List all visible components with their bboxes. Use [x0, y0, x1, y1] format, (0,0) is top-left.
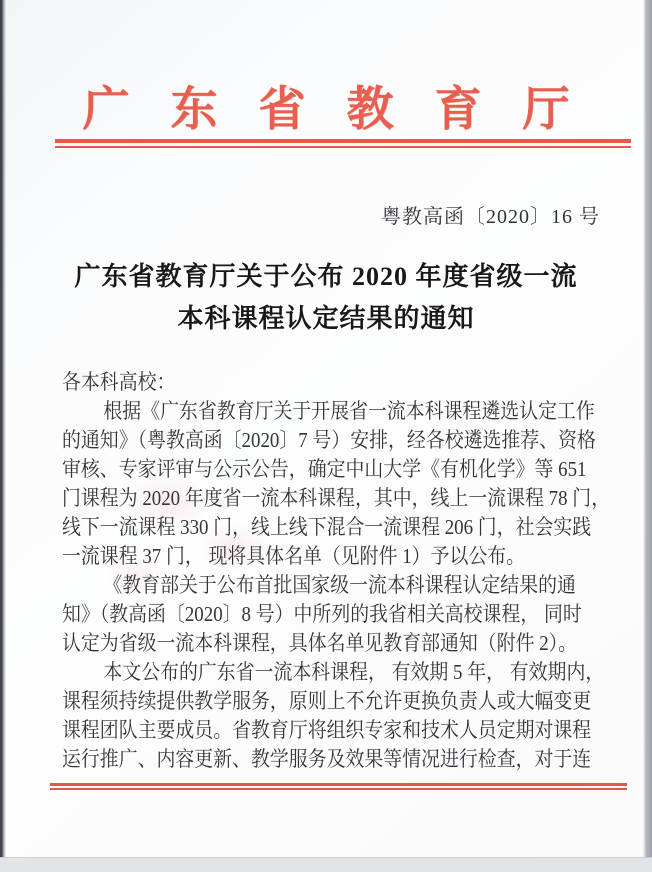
body-line: 认定为省级一流本科课程，具体名单见教育部通知（附件 2）。	[62, 629, 553, 658]
body-line: 课程团队主要成员。省教育厅将组织专家和技术人员定期对课程	[62, 716, 553, 745]
document-reference-number: 粤教高函〔2020〕16 号	[381, 200, 600, 229]
body-line: 门课程为 2020 年度省一流本科课程，其中，线上一流课程 78 门，	[62, 484, 553, 513]
scan-edge-right-shadow	[643, 0, 652, 858]
scanned-document-page: 广东省教育厅 粤教高函〔2020〕16 号 广东省教育厅关于公布 2020 年度…	[0, 0, 652, 872]
notice-title-line1: 广东省教育厅关于公布 2020 年度省级一流	[74, 262, 577, 291]
document-body: 各本科高校： 根据《广东省教育厅关于开展省一流本科课程遴选认定工作 的通知》（粤…	[62, 368, 607, 774]
rule-thin-line	[50, 788, 627, 790]
scan-edge-left-shadow	[0, 0, 6, 858]
body-line: 根据《广东省教育厅关于开展省一流本科课程遴选认定工作	[62, 397, 553, 426]
body-line: 线下一流课程 330 门，线上线下混合一流课程 206 门，社会实践	[62, 513, 553, 542]
body-line: 《教育部关于公布首批国家级一流本科课程认定结果的通	[62, 571, 553, 600]
footer-double-rule	[50, 783, 627, 790]
body-line: 本文公布的广东省一流本科课程， 有效期 5 年， 有效期内，	[62, 658, 553, 687]
notice-title: 广东省教育厅关于公布 2020 年度省级一流 本科课程认定结果的通知	[0, 256, 652, 340]
letterhead-agency-title: 广东省教育厅	[0, 72, 652, 139]
salutation-line: 各本科高校：	[62, 368, 553, 397]
letterhead-double-rule	[55, 139, 631, 148]
rule-thin-line	[55, 146, 631, 148]
body-line: 知》（教高函〔2020〕8 号）中所列的我省相关高校课程， 同时	[62, 600, 553, 629]
body-line: 的通知》（粤教高函〔2020〕7 号）安排，经各校遴选推荐、资格	[62, 426, 553, 455]
body-line: 课程须持续提供教学服务，原则上不允许更换负责人或大幅变更	[62, 687, 553, 716]
notice-title-line2: 本科课程认定结果的通知	[177, 304, 474, 333]
body-line: 一流课程 37 门， 现将具体名单（见附件 1）予以公布。	[62, 542, 553, 571]
body-line: 运行推广、内容更新、教学服务及效果等情况进行检查，对于连	[62, 745, 553, 774]
scan-edge-bottom-band	[0, 857, 652, 872]
body-line: 审核、专家评审与公示公告，确定中山大学《有机化学》等 651	[62, 455, 553, 484]
